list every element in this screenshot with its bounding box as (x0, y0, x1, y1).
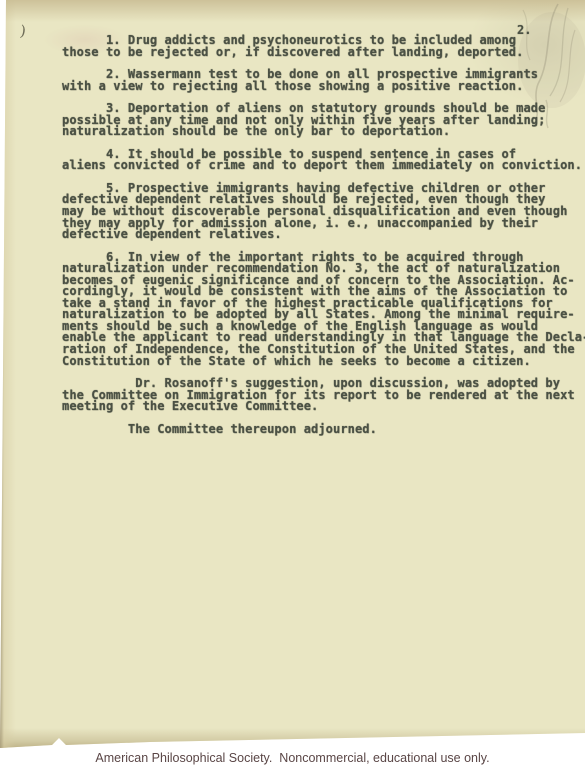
document-body: 1. Drug addicts and psychoneurotics to b… (62, 35, 585, 446)
paragraph: Dr. Rosanoff's suggestion, upon discussi… (62, 378, 585, 413)
footer-caption: American Philosophical Society. Noncomme… (0, 751, 585, 765)
text-line: naturalization should be the only bar to… (62, 126, 585, 138)
text-line: meeting of the Executive Committee. (62, 401, 585, 413)
paragraph: 5. Prospective immigrants having defecti… (62, 183, 585, 241)
text-line: defective dependent relatives. (62, 229, 585, 241)
text-line: aliens convicted of crime and to deport … (62, 160, 585, 172)
paragraph: 6. In view of the important rights to be… (62, 252, 585, 367)
paragraph: The Committee thereupon adjourned. (62, 424, 585, 436)
text-line: The Committee thereupon adjourned. (62, 424, 585, 436)
text-line: those to be rejected or, if discovered a… (62, 47, 585, 59)
handwritten-mark: ) (19, 22, 27, 41)
paragraph: 2. Wassermann test to be done on all pro… (62, 69, 585, 92)
document-paper: 2. ) 1. Drug addicts and psychoneurotics… (0, 0, 585, 748)
paragraph: 1. Drug addicts and psychoneurotics to b… (62, 35, 585, 58)
scan-page: 2. ) 1. Drug addicts and psychoneurotics… (0, 0, 585, 770)
text-line: Constitution of the State of which he se… (62, 356, 585, 368)
text-line: with a view to rejecting all those showi… (62, 81, 585, 93)
paragraph: 3. Deportation of aliens on statutory gr… (62, 103, 585, 138)
paragraph: 4. It should be possible to suspend sent… (62, 149, 585, 172)
